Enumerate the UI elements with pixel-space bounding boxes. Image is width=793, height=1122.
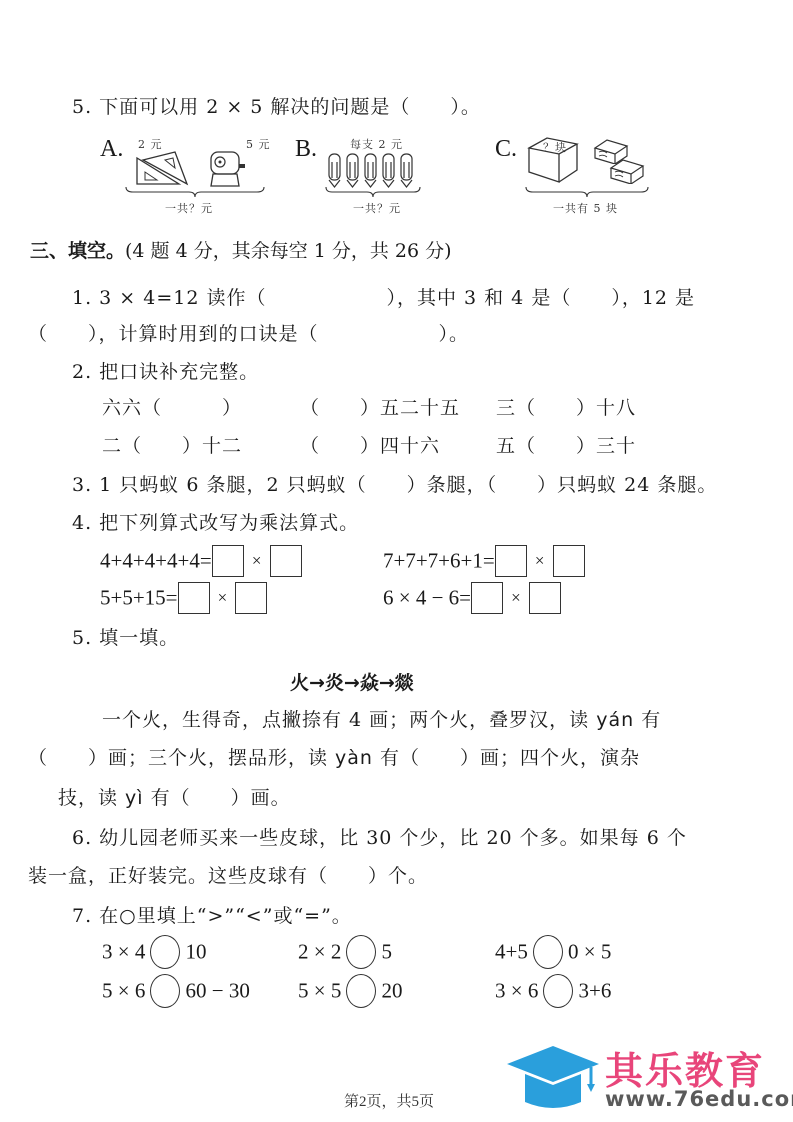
compare-right: 5: [382, 940, 393, 964]
q2-row1-item2: （ ）五二十五: [300, 396, 460, 420]
option-b-brace-icon: [325, 186, 421, 198]
compare-circle[interactable]: [543, 974, 573, 1008]
pencils-icon: [327, 152, 419, 188]
compare-right: 60 − 30: [186, 979, 250, 1003]
answer-box[interactable]: [553, 545, 585, 577]
q2-row2-item2: （ ）四十六: [300, 434, 440, 458]
q2-row1-item1: 六六（ ）: [102, 396, 242, 420]
q5-line1-text: 一个火，生得奇，点撇捺有 4 画；两个火，叠罗汉，读: [102, 709, 596, 731]
q2-row1-item3: 三（ ）十八: [496, 396, 636, 420]
q6-line2: 装一盒，正好装完。这些皮球有（ ）个。: [28, 864, 428, 888]
q4-expr4-left: 6 × 4 − 6=: [383, 586, 471, 610]
compare-right: 20: [382, 979, 403, 1003]
compare-circle[interactable]: [150, 974, 180, 1008]
pinyin-yi4: yì: [125, 787, 144, 809]
q2-row2-item3: 五（ ）三十: [496, 434, 636, 458]
eraser-icon: [609, 158, 649, 184]
q7-comparison-5: 5 × 5 20: [298, 974, 403, 1008]
option-a-right-price: 5 元: [246, 136, 271, 152]
option-c-total: 一共有 5 块: [553, 200, 618, 216]
answer-box[interactable]: [471, 582, 503, 614]
option-c[interactable]: C. ？块 一共有 5 块: [495, 132, 675, 217]
times-sign: ×: [511, 588, 521, 607]
section3-header: 三、填空。(4 题 4 分，其余每空 1 分，共 26 分): [30, 236, 452, 263]
option-a-letter: A.: [100, 136, 123, 163]
option-a-brace-icon: [125, 186, 265, 198]
compare-left: 4+5: [495, 940, 528, 964]
answer-box[interactable]: [529, 582, 561, 614]
page-number: 第2页，共5页: [344, 1090, 434, 1111]
q7-comparison-1: 3 × 4 10: [102, 935, 207, 969]
q5-line3-text: 技，读: [58, 787, 125, 809]
q4-stem: 4. 把下列算式改写为乘法算式。: [72, 511, 359, 535]
section3-note: (4 题 4 分，其余每空 1 分，共 26 分): [125, 240, 452, 262]
q5-stem-text: 5. 下面可以用 2 × 5 解决的问题是（ ）。: [72, 96, 481, 118]
q5-character-chain: 火→炎→焱→燚: [290, 668, 414, 695]
brand-url: www.76edu.com: [605, 1087, 793, 1111]
compare-right: 3+6: [579, 979, 612, 1003]
q4-expr1-left: 4+4+4+4+4=: [100, 549, 212, 573]
q6-line1: 6. 幼儿园老师买来一些皮球，比 30 个少，比 20 个多。如果每 6 个: [72, 826, 687, 850]
q1-line2: （ ），计算时用到的口诀是（ ）。: [28, 322, 469, 346]
option-b-letter: B.: [295, 136, 317, 163]
option-a[interactable]: A. 2 元 5 元 一共？元: [100, 132, 280, 217]
q4-expression-4: 6 × 4 − 6= ×: [383, 582, 561, 614]
q2-row2-item1: 二（ ）十二: [102, 434, 242, 458]
option-b[interactable]: B. 每支 2 元 一共？元: [295, 132, 425, 217]
option-c-box-label: ？块: [543, 139, 567, 155]
compare-circle[interactable]: [346, 974, 376, 1008]
compare-left: 5 × 6: [102, 979, 145, 1003]
q5-line1: 一个火，生得奇，点撇捺有 4 画；两个火，叠罗汉，读 yán 有: [102, 708, 661, 732]
q5-line3-end: 有（ ）画。: [144, 787, 291, 809]
q7-comparison-6: 3 × 6 3+6: [495, 974, 611, 1008]
q5-line2-text: （ ）画；三个火，摆品形，读: [28, 747, 335, 769]
q5-stem: 5. 填一填。: [72, 626, 179, 650]
answer-box[interactable]: [235, 582, 267, 614]
option-c-brace-icon: [525, 186, 649, 198]
q5-line2-end: 有（ ）画；四个火，演杂: [373, 747, 640, 769]
q2-stem: 2. 把口诀补充完整。: [72, 360, 259, 384]
q4-expr3-left: 5+5+15=: [100, 586, 178, 610]
pinyin-yan4: yàn: [335, 747, 373, 769]
answer-box[interactable]: [495, 545, 527, 577]
compare-circle[interactable]: [150, 935, 180, 969]
compare-left: 2 × 2: [298, 940, 341, 964]
q7-comparison-3: 4+5 0 × 5: [495, 935, 611, 969]
compare-circle[interactable]: [346, 935, 376, 969]
q4-expr2-left: 7+7+7+6+1=: [383, 549, 495, 573]
pinyin-yan2: yán: [596, 709, 634, 731]
compare-circle[interactable]: [533, 935, 563, 969]
compare-left: 3 × 6: [495, 979, 538, 1003]
triangle-rulers-icon: [135, 150, 190, 186]
compare-left: 3 × 4: [102, 940, 145, 964]
option-a-total: 一共？元: [165, 200, 213, 216]
q5-choice-stem: 5. 下面可以用 2 × 5 解决的问题是（ ）。: [72, 95, 481, 119]
compare-right: 10: [186, 940, 207, 964]
section3-title: 三、填空。: [30, 240, 125, 262]
q7-stem: 7. 在○里填上“>”“<”或“=”。: [72, 904, 352, 928]
q4-expression-3: 5+5+15= ×: [100, 582, 267, 614]
option-c-letter: C.: [495, 136, 517, 163]
pencil-sharpener-icon: [208, 148, 248, 188]
q3-text: 3. 1 只蚂蚁 6 条腿，2 只蚂蚁（ ）条腿，（ ）只蚂蚁 24 条腿。: [72, 473, 717, 497]
q7-comparison-4: 5 × 6 60 − 30: [102, 974, 250, 1008]
option-b-unit-price: 每支 2 元: [350, 136, 403, 152]
answer-box[interactable]: [212, 545, 244, 577]
q5-line1-end: 有: [634, 709, 661, 731]
times-sign: ×: [252, 551, 262, 570]
q7-comparison-2: 2 × 2 5: [298, 935, 392, 969]
q4-expression-1: 4+4+4+4+4= ×: [100, 545, 302, 577]
option-b-total: 一共？元: [353, 200, 401, 216]
compare-right: 0 × 5: [568, 940, 611, 964]
graduation-cap-icon: [505, 1044, 601, 1112]
answer-box[interactable]: [270, 545, 302, 577]
compare-left: 5 × 5: [298, 979, 341, 1003]
q1-line1: 1. 3 × 4=12 读作（ ），其中 3 和 4 是（ ），12 是: [72, 286, 695, 310]
answer-box[interactable]: [178, 582, 210, 614]
times-sign: ×: [535, 551, 545, 570]
watermark-logo: 其乐教育 www.76edu.com: [505, 1040, 790, 1115]
times-sign: ×: [218, 588, 228, 607]
q5-line2: （ ）画；三个火，摆品形，读 yàn 有（ ）画；四个火，演杂: [28, 746, 640, 770]
q5-line3: 技，读 yì 有（ ）画。: [58, 786, 291, 810]
q4-expression-2: 7+7+7+6+1= ×: [383, 545, 585, 577]
